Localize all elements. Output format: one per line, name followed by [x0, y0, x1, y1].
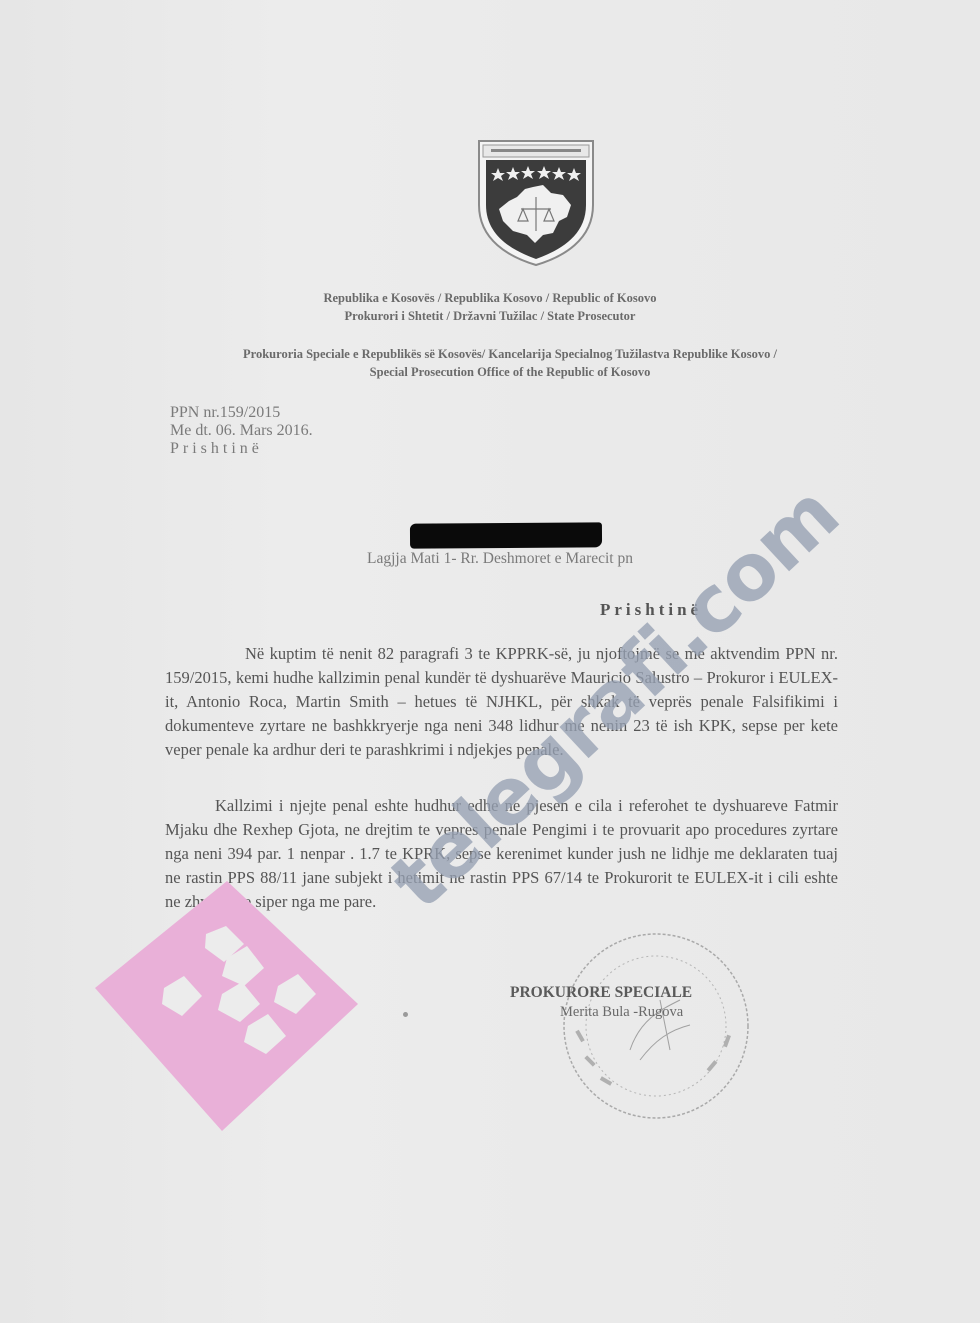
signatory-title: PROKURORE SPECIALE	[510, 984, 692, 1002]
paragraph-2-text: Kallzimi i njejte penal eshte hudhur edh…	[165, 794, 838, 914]
signatory-name: Merita Bula -Rugova	[510, 1004, 692, 1021]
letterhead-line-1: Republika e Kosovës / Republika Kosovo /…	[0, 289, 980, 307]
letterhead-line-2: Prokurori i Shtetit / Državni Tužilac / …	[0, 307, 980, 325]
kosovo-coat-of-arms-icon	[473, 135, 599, 267]
document-date: Me dt. 06. Mars 2016.	[170, 422, 313, 440]
reference-block: PPN nr.159/2015 Me dt. 06. Mars 2016. Pr…	[170, 404, 313, 458]
redacted-recipient-name	[410, 522, 602, 548]
letterhead-title: Republika e Kosovës / Republika Kosovo /…	[0, 289, 980, 325]
paragraph-1-text: Në kuptim të nenit 82 paragrafi 3 te KPP…	[165, 642, 838, 762]
official-seal-icon	[560, 930, 752, 1122]
office-line-1: Prokuroria Speciale e Republikës së Koso…	[40, 345, 980, 363]
signature-block: PROKURORE SPECIALE Merita Bula -Rugova	[510, 984, 692, 1021]
telegrafi-logo-icon	[92, 876, 362, 1136]
ink-speck	[403, 1012, 408, 1017]
recipient-address: Lagjja Mati 1- Rr. Deshmoret e Marecit p…	[0, 550, 980, 568]
case-number: PPN nr.159/2015	[170, 404, 313, 422]
office-line-2: Special Prosecution Office of the Republ…	[40, 363, 980, 381]
document-place: Prishtinë	[170, 440, 313, 458]
body-paragraph-2: Kallzimi i njejte penal eshte hudhur edh…	[165, 794, 838, 914]
recipient-city: Prishtinë	[600, 600, 702, 620]
scanned-document-page: Republika e Kosovës / Republika Kosovo /…	[0, 0, 980, 1323]
body-paragraph-1: Në kuptim të nenit 82 paragrafi 3 te KPP…	[165, 642, 838, 762]
letterhead-office: Prokuroria Speciale e Republikës së Koso…	[0, 345, 980, 381]
